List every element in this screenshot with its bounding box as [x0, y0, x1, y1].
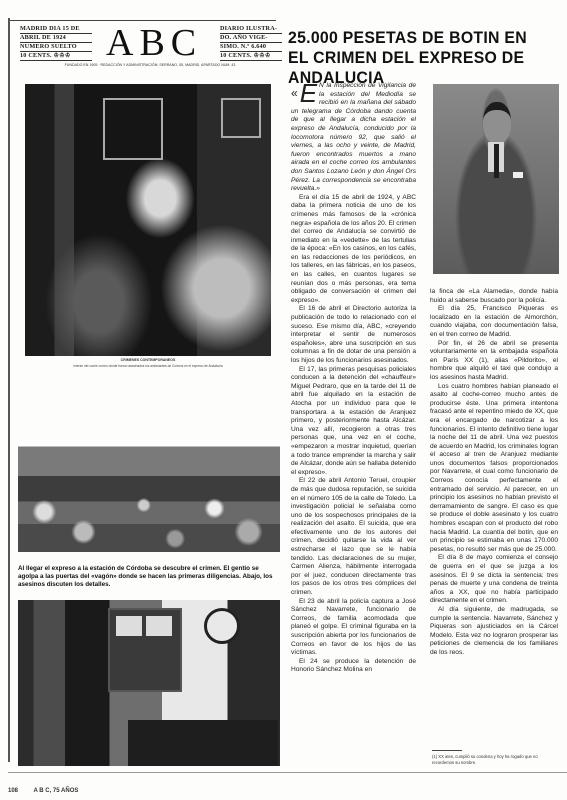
footnote-divider: [432, 750, 462, 751]
window-frame: [103, 98, 163, 160]
wall-clock: [204, 608, 240, 644]
photo-assassins-at-table: [18, 600, 280, 766]
masthead-date-block: MADRID DIA 15 DE ABRIL DE 1924 NUMERO SU…: [20, 25, 92, 61]
photo1-caption-text: Interior del coche correo donde fueron a…: [25, 364, 271, 369]
photo1-caption-title: CRIMENES CONTEMPORANEOS: [25, 358, 271, 362]
divider: [280, 772, 567, 773]
paragraph: Por fin, el 26 de abril se presenta volu…: [430, 340, 558, 383]
table: [128, 720, 278, 766]
newspaper-page: MADRID DIA 15 DE ABRIL DE 1924 NUMERO SU…: [0, 0, 567, 800]
article-headline: 25.000 PESETAS DE BOTIN EN EL CRIMEN DEL…: [288, 28, 541, 88]
lead-paragraph: « E N la Inspección de Vigilancia de la …: [291, 82, 416, 194]
door: [108, 608, 182, 692]
portrait-photo: [433, 84, 559, 274]
paragraph: El día 25, Francisco Piqueras es localiz…: [430, 305, 558, 339]
article-column-2: la finca de «La Alameda», donde había hu…: [430, 288, 558, 758]
abc-logo: ABC: [106, 25, 202, 61]
paragraph: Los cuatro hombres habían planeado el as…: [430, 383, 558, 555]
crowd: [18, 485, 280, 552]
opening-quote: «: [291, 82, 298, 104]
photo2-caption: Al llegar el expreso a la estación de Có…: [18, 565, 280, 589]
paragraph: El 22 de abril Antonio Teruel, croupier …: [291, 477, 416, 597]
page-number: 108: [8, 788, 18, 794]
paragraph: El día 8 de mayo comienza el consejo de …: [430, 554, 558, 606]
paragraph: El 16 de abril el Directorio autoriza la…: [291, 305, 416, 365]
masthead-address-line: FUNDADO EN 1905 · REDACCIÓN Y ADMINISTRA…: [40, 63, 260, 68]
divider: [8, 772, 280, 773]
page-footer: 108 A B C, 75 AÑOS: [8, 788, 92, 794]
paragraph: la finca de «La Alameda», donde había hu…: [430, 288, 558, 305]
article-column-1: « E N la Inspección de Vigilancia de la …: [291, 82, 416, 766]
footnote: (1) XX ates, cumplió su condena y hoy ha…: [432, 754, 558, 765]
paragraph: Era el día 15 de abril de 1924, y ABC da…: [291, 194, 416, 306]
masthead-issue-block: DIARIO ILUSTRA- DO. AÑO VIGE- SIMO. N.º …: [220, 25, 282, 61]
publication-name: A B C, 75 AÑOS: [33, 788, 78, 794]
face: [483, 102, 511, 144]
drop-cap: E: [300, 82, 317, 104]
photo-mail-car-interior: [25, 84, 271, 356]
photo-crowd-at-wagon: [18, 440, 280, 552]
window-frame: [221, 98, 261, 138]
paragraph: El 23 de abril la policía captura a José…: [291, 598, 416, 658]
paragraph: El 17, las primeras pesquisas policiales…: [291, 366, 416, 478]
paragraph: El 24 se produce la detención de Honorio…: [291, 658, 416, 675]
paragraph: Al día siguiente, de madrugada, se cumpl…: [430, 606, 558, 658]
abc-masthead: MADRID DIA 15 DE ABRIL DE 1924 NUMERO SU…: [10, 20, 276, 79]
